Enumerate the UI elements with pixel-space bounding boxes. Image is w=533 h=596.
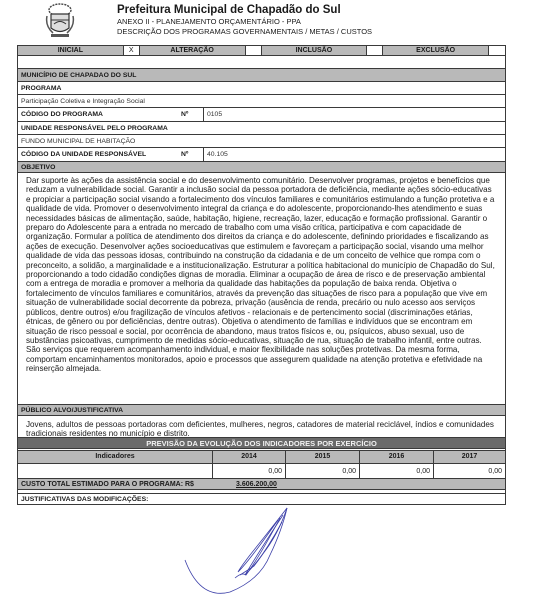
codigo-unidade-row: CÓDIGO DA UNIDADE RESPONSÁVEL Nº 40.105 bbox=[17, 148, 506, 162]
unidade-label: UNIDADE RESPONSÁVEL PELO PROGRAMA bbox=[17, 122, 506, 135]
program-form: INICIAL X ALTERAÇÃO INCLUSÃO EXCLUSÃO MU… bbox=[17, 45, 506, 505]
codigo-unidade-n-label: Nº bbox=[178, 148, 203, 161]
custo-total-row: CUSTO TOTAL ESTIMADO PARA O PROGRAMA: R$… bbox=[17, 479, 506, 490]
objetivo-text: Dar suporte às ações da assistência soci… bbox=[17, 173, 506, 405]
publico-text: Jovens, adultos de pessoas portadoras co… bbox=[17, 416, 506, 438]
coat-of-arms-icon bbox=[45, 2, 75, 40]
header-2014: 2014 bbox=[213, 451, 286, 463]
header-2016: 2016 bbox=[360, 451, 434, 463]
municipio-heading: MUNICÍPIO DE CHAPADAO DO SUL bbox=[17, 69, 506, 82]
value-2017: 0,00 bbox=[434, 464, 505, 478]
value-2015: 0,00 bbox=[286, 464, 360, 478]
value-indicador bbox=[18, 464, 213, 478]
codigo-programa-label: CÓDIGO DO PROGRAMA bbox=[18, 108, 178, 121]
status-inicial-checkbox[interactable]: X bbox=[123, 46, 140, 55]
status-alteracao-checkbox[interactable] bbox=[245, 46, 262, 55]
value-2014: 0,00 bbox=[213, 464, 286, 478]
status-inicial-label: INICIAL bbox=[18, 46, 123, 55]
status-exclusao-checkbox[interactable] bbox=[488, 46, 505, 55]
status-inclusao-checkbox[interactable] bbox=[366, 46, 383, 55]
header-indicadores: Indicadores bbox=[18, 451, 213, 463]
codigo-unidade-label: CÓDIGO DA UNIDADE RESPONSÁVEL bbox=[18, 148, 178, 161]
codigo-programa-n-label: Nº bbox=[178, 108, 203, 121]
publico-heading: PÚBLICO ALVO/JUSTIFICATIVA bbox=[17, 405, 506, 416]
status-alteracao-label: ALTERAÇÃO bbox=[140, 46, 245, 55]
programa-value: Participação Coletiva e Integração Socia… bbox=[17, 95, 506, 108]
document-header: Prefeitura Municipal de Chapadão do Sul … bbox=[117, 3, 372, 37]
custo-total-label: CUSTO TOTAL ESTIMADO PARA O PROGRAMA: R$ bbox=[18, 479, 236, 489]
status-inclusao-label: INCLUSÃO bbox=[262, 46, 367, 55]
indicadores-values-row: 0,00 0,00 0,00 0,00 bbox=[17, 464, 506, 479]
page-title: Prefeitura Municipal de Chapadão do Sul bbox=[117, 3, 372, 17]
header-2015: 2015 bbox=[286, 451, 360, 463]
status-exclusao-label: EXCLUSÃO bbox=[383, 46, 488, 55]
annex-subtitle: ANEXO II - PLANEJAMENTO ORÇAMENTÁRIO - P… bbox=[117, 17, 372, 27]
programa-label: PROGRAMA bbox=[17, 82, 506, 95]
unidade-value: FUNDO MUNICIPAL DE HABITAÇÃO bbox=[17, 135, 506, 148]
codigo-unidade-value: 40.105 bbox=[203, 148, 505, 161]
objetivo-heading: OBJETIVO bbox=[17, 162, 506, 173]
custo-total-value: 3.606.200,00 bbox=[236, 479, 277, 489]
codigo-programa-row: CÓDIGO DO PROGRAMA Nº 0105 bbox=[17, 108, 506, 122]
codigo-programa-value: 0105 bbox=[203, 108, 505, 121]
status-row: INICIAL X ALTERAÇÃO INCLUSÃO EXCLUSÃO bbox=[17, 45, 506, 56]
header-2017: 2017 bbox=[434, 451, 505, 463]
blank-row bbox=[17, 56, 506, 69]
indicadores-title: PREVISÃO DA EVOLUÇÃO DOS INDICADORES POR… bbox=[17, 438, 506, 449]
indicadores-header-row: Indicadores 2014 2015 2016 2017 bbox=[17, 451, 506, 464]
value-2016: 0,00 bbox=[360, 464, 434, 478]
signature-icon bbox=[150, 500, 300, 596]
description-subtitle: DESCRIÇÃO DOS PROGRAMAS GOVERNAMENTAIS /… bbox=[117, 27, 372, 37]
